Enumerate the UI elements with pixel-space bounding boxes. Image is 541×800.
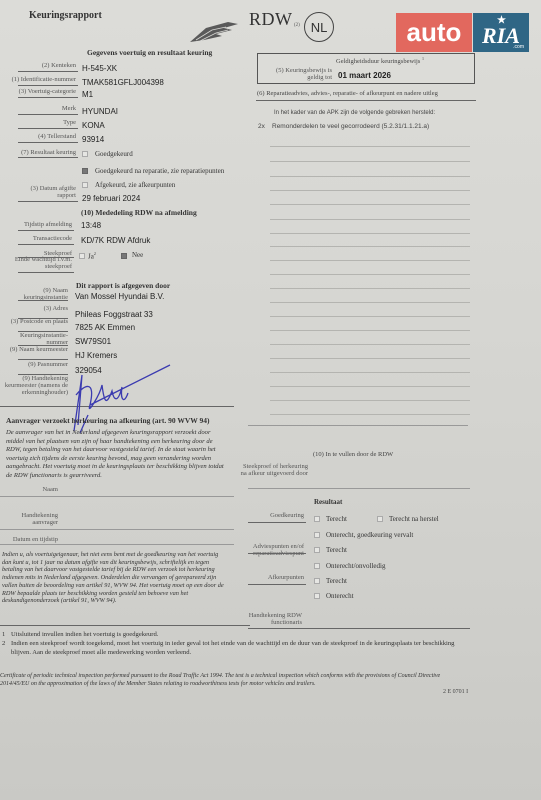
rdw-result-option-label: Terecht [326,577,347,585]
applicant-datetime-label: Datum en tijdstip [4,536,58,543]
issuer-field-value: SW79S01 [75,337,111,346]
rdw-logo-icon [188,20,240,44]
spot-yes-label: Ja2 [88,251,96,260]
rdw-row-label: Goedkeuring [236,512,304,519]
issuer-field-value: 7825 AK Emmen [75,323,135,332]
country-badge: NL [304,12,334,42]
vehicle-field-value: TMAK581GFLJ004398 [82,78,164,87]
document-title: Keuringsrapport [29,10,102,21]
issuer-field-label: (9) Pasnummer [4,361,68,368]
ruling-line [270,176,470,177]
validity-label: (5) Keuringsbewijs is geldig tot [262,67,332,81]
date-label: (3) Datum afgifte rapport [20,185,76,199]
issuer-field-label: (3) Adres [4,305,68,312]
rdw-authority: RDW [249,9,293,30]
ruling-line [270,358,470,359]
rdw-result-checkbox[interactable] [314,563,320,569]
vehicle-field-label: (3) Voertuig-categorie [4,88,76,95]
owner-note: Indien u, als voertuigeigenaar, het niet… [2,551,228,605]
vehicle-field-label: (4) Tellerstand [4,133,76,140]
spot-yes-checkbox[interactable] [79,253,85,259]
issuer-field-label: Keuringsinstantie-nummer [4,332,68,346]
rdw-result-checkbox[interactable] [314,516,320,522]
rdw-result-option-label: Onterecht, goedkeuring vervalt [326,531,413,539]
repair-section-title: (6) Reparatieadvies, advies-, reparatie-… [257,90,438,97]
repair-intro: In het kader van de APK zijn de volgende… [274,110,435,116]
footnote-number: 2 [2,640,5,649]
rdw-result-checkbox[interactable] [314,578,320,584]
rdw-row-label: Adviespunten en/of reparatieadviespunt [236,543,304,557]
rdw-result-checkbox[interactable] [377,516,383,522]
issuer-field-label: (9) Naam keuringsinstantie [4,287,68,301]
rdw-row-label: Afkeurpunten [236,574,304,581]
result-option-label: Goedgekeurd na reparatie, zie reparatiep… [95,167,224,175]
rdw-result-title: Resultaat [314,498,342,506]
rdw-result-checkbox[interactable] [314,593,320,599]
rdw-result-checkbox[interactable] [314,547,320,553]
vehicle-field-label: Type [4,119,76,126]
time-value: 13:48 [81,221,101,230]
date-value: 29 februari 2024 [82,194,140,203]
footnote-number: 1 [2,631,5,640]
vehicle-field-label: (1) Identificatie-nummer [4,76,76,83]
rdw-fill-title: (10) In te vullen door de RDW [313,451,393,458]
vehicle-field-label: Merk [4,105,76,112]
footnote-text: Indien een steekproef wordt toegekend, m… [11,640,461,657]
vehicle-field-value: HYUNDAI [82,107,118,116]
watermark-ria-domain: .com [513,44,524,50]
vehicle-field-label: (2) Kenteken [4,62,76,69]
reinspection-title: Aanvrager verzoekt herkeuring na afkeuri… [6,416,210,425]
applicant-signature-label: Handtekening aanvrager [4,512,58,526]
watermark-auto-logo: auto [396,13,472,52]
ruling-line [270,400,470,401]
transaction-label: Transactiecode [4,235,72,242]
signature-label: (9) Handtekening keurmeester (namens de … [4,375,68,397]
result-option-checkbox[interactable] [82,182,88,188]
ruling-line [270,204,470,205]
validity-header: Geldigheidsduur keuringsbewijs 1 [336,56,424,65]
vehicle-field-value: H-545-XK [82,64,117,73]
result-option-checkbox[interactable] [82,151,88,157]
watermark-ria-logo: ★ RIA .com [473,13,529,52]
rdw-result-option-label: Onterecht [326,592,354,600]
result-option-label: Goedgekeurd [95,150,133,158]
transaction-value: KD/7K RDW Afdruk [81,236,150,245]
result-option-label: Afgekeurd, zie afkeurpunten [95,181,175,189]
ruling-line [270,233,470,234]
notification-section-title: (10) Mededeling RDW na afmelding [81,208,197,217]
rdw-signature-label: Handtekening RDW functionaris [236,612,302,626]
result-option-checkbox[interactable] [82,168,88,174]
form-code: 2 E 0701 I [443,689,468,695]
repair-item-text: Remonderdelen te veel gecorrodeerd (5.2.… [272,123,429,130]
spot-no-label: Nee [132,251,143,259]
issuer-field-label: (3) Postcode en plaats [4,318,68,325]
rdw-result-option-label: Onterecht/onvolledig [326,562,385,570]
result-label: (7) Resultaat keuring [4,149,76,156]
ruling-line [270,260,470,261]
ruling-line [270,161,470,162]
issuer-field-value: Van Mossel Hyundai B.V. [75,292,164,301]
ruling-line [270,302,470,303]
validity-box: Geldigheidsduur keuringsbewijs 1 (5) Keu… [257,53,475,84]
time-label: Tijdstip afmelding [4,221,72,228]
ria-star-icon: ★ [497,15,506,26]
rdw-result-option-label: Terecht na herstel [389,515,439,523]
rdw-spot-label: Steekproef of herkeuring na afkeur uitge… [236,463,308,477]
issuer-field-value: Phileas Foggstraat 33 [75,310,153,319]
ruling-line [270,288,470,289]
ruling-line [270,146,470,147]
end-wait-label: Einde wachttijd i.v.m. steekproef [4,256,72,270]
ruling-line [270,274,470,275]
vehicle-field-value: M1 [82,90,93,99]
ruling-line [270,414,470,415]
repair-item-count: 2x [258,123,265,130]
applicant-name-label: Naam [4,486,58,493]
rdw-result-option-label: Terecht [326,515,347,523]
rdw-result-checkbox[interactable] [314,532,320,538]
footnote-text: Uitsluitend invullen indien het voertuig… [11,631,461,640]
ruling-line [270,316,470,317]
spot-no-checkbox[interactable] [121,253,127,259]
ruling-line [270,246,470,247]
certificate-note: Certificate of periodic technical inspec… [0,672,460,688]
ruling-line [270,372,470,373]
ruling-line [270,330,470,331]
reinspection-body: De aanvrager van het in Nederland afgege… [6,429,228,481]
validity-date: 01 maart 2026 [338,71,391,80]
ruling-line [270,386,470,387]
ruling-line [270,344,470,345]
vehicle-field-value: KONA [82,121,105,130]
country-code-label: (2) [294,23,300,28]
rdw-result-option-label: Terecht [326,546,347,554]
vehicle-section-title: Gegevens voertuig en resultaat keuring [87,48,212,57]
issuer-section-title: Dit rapport is afgegeven door [76,281,170,290]
issuer-field-label: (9) Naam keurmeester [4,346,68,353]
vehicle-field-value: 93914 [82,135,104,144]
ruling-line [270,190,470,191]
ruling-line [270,219,470,220]
